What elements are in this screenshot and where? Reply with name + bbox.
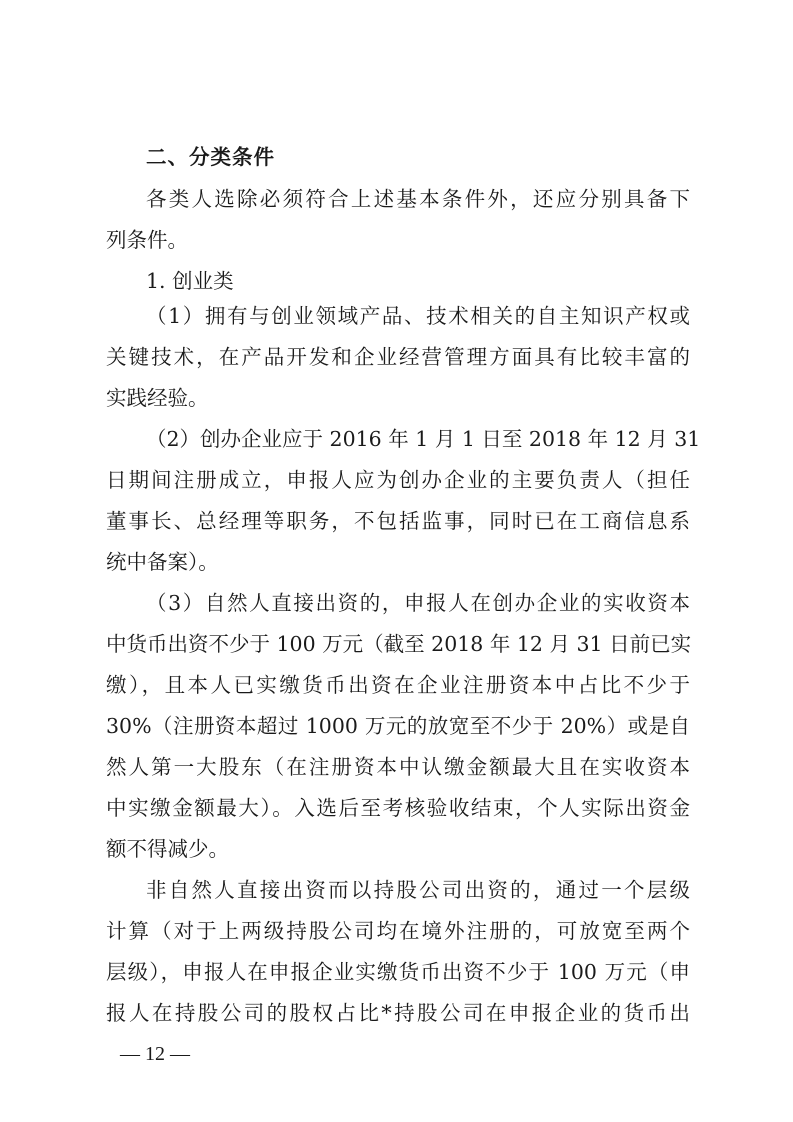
paragraph-line: 30%（注册资本超过 1000 万元的放宽至不少于 20%）或是自 [106,712,690,740]
paragraph-line: 董事长、总经理等职务，不包括监事，同时已在工商信息系 [106,507,690,535]
paragraph-line: 日期间注册成立，申报人应为创办企业的主要负责人（担任 [106,466,690,494]
page-number: — 12 — [120,1040,190,1068]
paragraph-line: 中实缴金额最大）。入选后至考核验收结束，个人实际出资金 [106,794,690,822]
paragraph-line: 缴），且本人已实缴货币出资在企业注册资本中占比不少于 [106,671,690,699]
subsection-heading: 1. 创业类 [146,267,690,295]
paragraph-line: 层级），申报人在申报企业实缴货币出资不少于 100 万元（申 [106,958,690,986]
paragraph-line: 报人在持股公司的股权占比*持股公司在申报企业的货币出 [106,999,690,1027]
section-heading: 二、分类条件 [146,143,690,171]
paragraph-line: （1）拥有与创业领域产品、技术相关的自主知识产权或 [146,302,690,330]
paragraph-line: （3）自然人直接出资的，申报人在创办企业的实收资本 [146,589,690,617]
paragraph-line: 非自然人直接出资而以持股公司出资的，通过一个层级 [146,876,690,904]
paragraph-line: 统中备案）。 [106,548,690,576]
paragraph-line: 额不得减少。 [106,835,690,863]
paragraph-line: （2）创办企业应于 2016 年 1 月 1 日至 2018 年 12 月 31 [146,425,690,453]
paragraph-line: 各类人选除必须符合上述基本条件外，还应分别具备下 [146,185,690,213]
paragraph-line: 关键技术，在产品开发和企业经营管理方面具有比较丰富的 [106,343,690,371]
paragraph-line: 实践经验。 [106,384,690,412]
paragraph-line: 列条件。 [106,226,690,254]
paragraph-line: 计算（对于上两级持股公司均在境外注册的，可放宽至两个 [106,917,690,945]
document-page: 二、分类条件 各类人选除必须符合上述基本条件外，还应分别具备下 列条件。 1. … [0,0,793,1122]
paragraph-line: 中货币出资不少于 100 万元（截至 2018 年 12 月 31 日前已实 [106,630,690,658]
paragraph-line: 然人第一大股东（在注册资本中认缴金额最大且在实收资本 [106,753,690,781]
